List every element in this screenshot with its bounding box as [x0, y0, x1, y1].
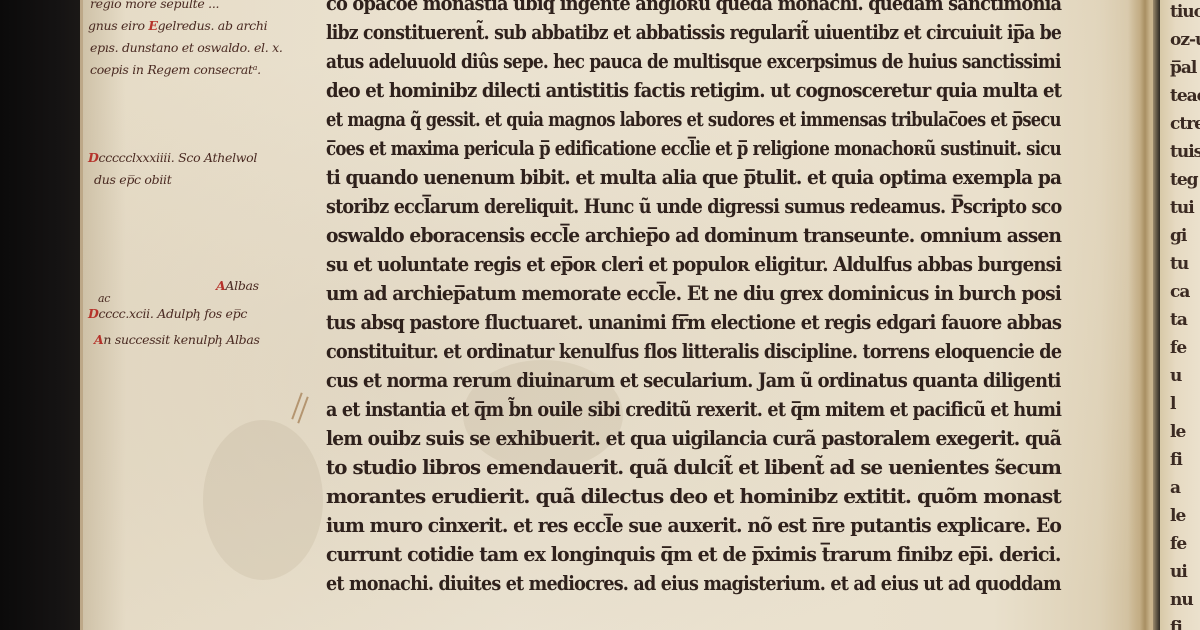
margin-annotations: regio more sepulte ... gnus eiro Egelred…	[88, 0, 320, 630]
margin-note-year-984: Dccccclxxxiiii. Sco Athelwol	[88, 150, 257, 165]
facing-text-fragment: teac	[1170, 86, 1200, 106]
margin-note-year-992: Dcccc.xcii. Adulpḩ fos ep̅c	[88, 306, 247, 321]
facing-text-fragment: nu	[1170, 590, 1193, 610]
rubricated-initial: E	[148, 18, 157, 33]
facing-text-fragment: tu	[1170, 254, 1188, 274]
facing-text-fragment: ui	[1170, 562, 1187, 582]
facing-text-fragment: tuis	[1170, 142, 1200, 162]
text-line: et magna q̃ gessit. et quia magnos labor…	[326, 108, 1061, 131]
facing-text-fragment: oz-u	[1170, 30, 1200, 50]
facing-text-fragment: le	[1170, 506, 1185, 526]
facing-text-fragment: u	[1170, 366, 1181, 386]
facing-text-fragment: fe	[1170, 338, 1186, 358]
facing-text-fragment: tui	[1170, 198, 1194, 218]
text-line: c̅oes et maxima pericula p̅ edificatione…	[326, 137, 1061, 160]
facing-text-fragment: fi	[1170, 618, 1182, 630]
text-line: lem ouibz suis se exhibuerit. et qua uig…	[326, 427, 1061, 450]
text-line: deo et hominibz dilecti antistitis facti…	[326, 79, 1061, 102]
facing-text-fragment: ta	[1170, 310, 1187, 330]
facing-text-fragment: teg	[1170, 170, 1198, 190]
text-line: et monachi. diuites et mediocres. ad eiu…	[326, 572, 1061, 595]
text-line: cus et norma rerum diuinarum et seculari…	[326, 369, 1061, 392]
margin-note: dus ep̅c obiit	[94, 172, 171, 187]
margin-note: ac	[98, 292, 110, 305]
facing-text-fragment: a	[1170, 478, 1180, 498]
facing-text-fragment: l	[1170, 394, 1175, 414]
main-text-block: co opac̅oe monastia ubiq̧ ingente angloʀ…	[326, 0, 1066, 630]
facing-text-fragment: fi	[1170, 450, 1182, 470]
text-line: currunt cotidie tam ex longinquis q̅m et…	[326, 543, 1061, 566]
text-line: ti quando uenenum bibit. et multa alia q…	[326, 166, 1061, 189]
rubricated-initial: A	[94, 332, 103, 347]
facing-text-fragment: tiuo	[1170, 2, 1200, 22]
text-line: constituitur. et ordinatur kenulfus flos…	[326, 340, 1061, 363]
facing-text-fragment: le	[1170, 422, 1185, 442]
rubricated-initial: A	[216, 278, 225, 293]
facing-page: tiuo oz-u p̅al teac ctre tuis teg tui gi…	[1160, 0, 1200, 630]
rubricated-initial: D	[88, 150, 99, 165]
text-line: a et instantia et q̅m b̃n ouile sibi cre…	[326, 398, 1061, 421]
page-gutter-fold	[1128, 0, 1162, 630]
text-line: co opac̅oe monastia ubiq̧ ingente angloʀ…	[326, 0, 1061, 15]
facing-text-fragment: ctre	[1170, 114, 1200, 134]
text-line: libz constituerent̃. sub abbatibz et abb…	[326, 21, 1061, 44]
text-line: su et uoluntate regis et ep̅oʀ cleri et …	[326, 253, 1061, 276]
text-line: tus absq̧ pastore fluctuaret. unanimi fr…	[326, 311, 1061, 334]
rubricated-initial: D	[88, 306, 99, 321]
text-line: storibz eccl̅arum dereliquit. Hunc ũ un…	[326, 195, 1061, 218]
text-line: to studio libros emendauerit. quã dulci…	[326, 456, 1061, 479]
book-binding	[0, 0, 84, 630]
text-line: atus adeluuold diûs sepe. hec pauca de …	[326, 50, 1061, 73]
margin-note: An successit kenulpḩ Albas	[94, 332, 260, 347]
facing-text-fragment: ca	[1170, 282, 1189, 302]
margin-note-albas: AAlbas	[216, 278, 259, 293]
margin-note: epıs. dunstano et oswaldo. el. x.	[90, 40, 283, 55]
margin-note: regio more sepulte ...	[90, 0, 219, 11]
facing-text-fragment: fe	[1170, 534, 1186, 554]
margin-note: coepis in Regem consecratᵃ.	[90, 62, 261, 77]
text-line: oswaldo eboracensis eccl̅e archiep̅o ad …	[326, 224, 1061, 247]
text-line: morantes erudierit. quã dilectus deo et…	[326, 485, 1061, 508]
margin-note: gnus eiro Egelredus. ab archi	[88, 18, 267, 33]
facing-text-fragment: gi	[1170, 226, 1186, 246]
text-line: um ad archiep̅atum memorate eccl̅e. Et n…	[326, 282, 1061, 305]
text-line: ium muro cinxerit. et res eccl̅e sue aux…	[326, 514, 1061, 537]
facing-text-fragment: p̅al	[1170, 58, 1196, 78]
